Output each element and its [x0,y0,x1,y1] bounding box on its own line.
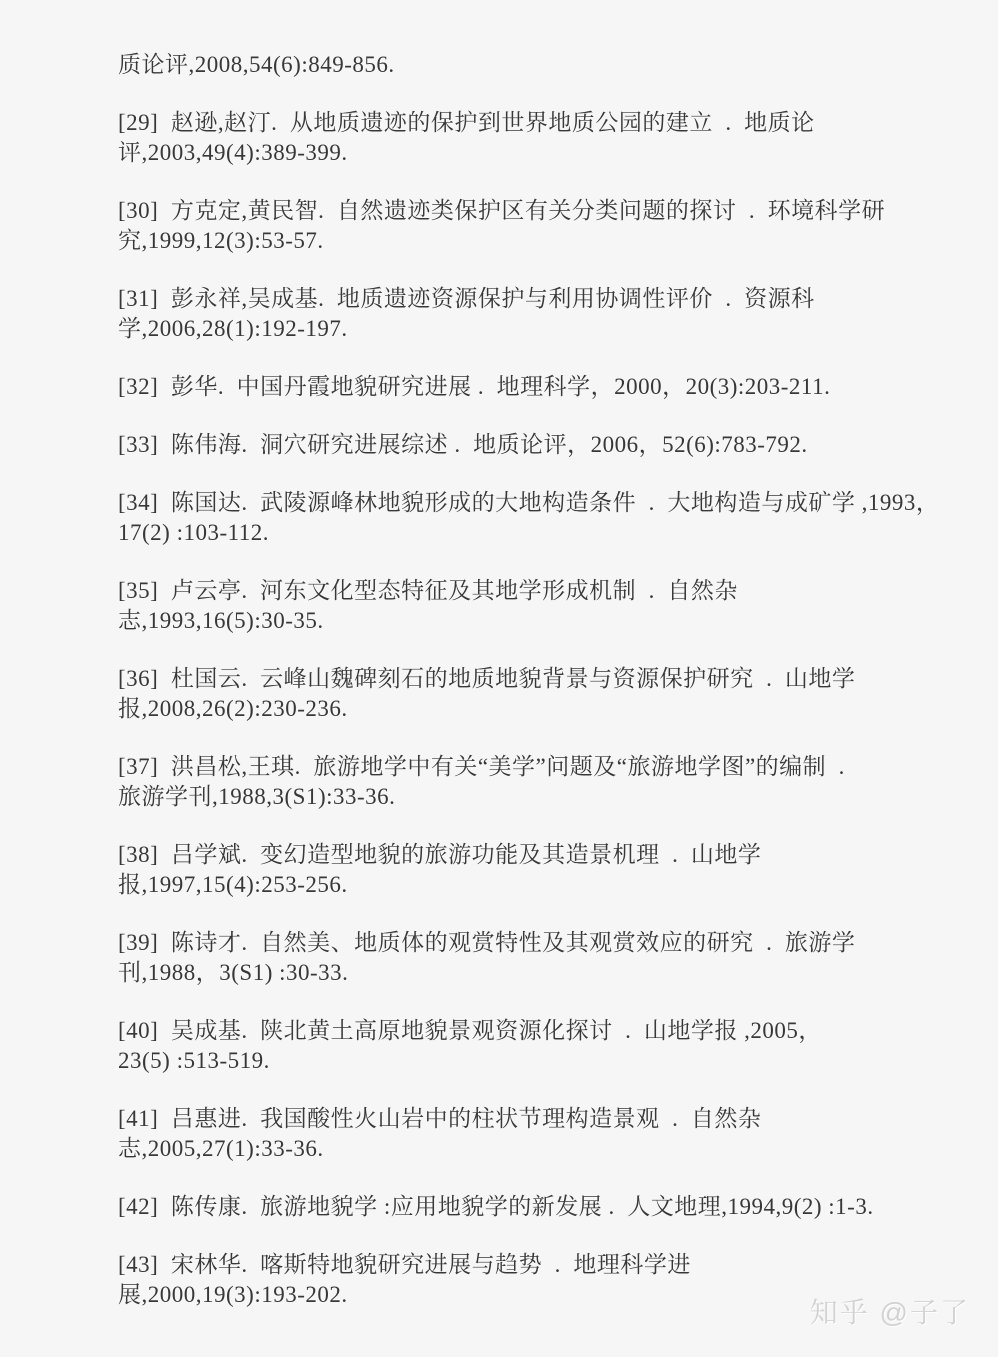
reference-item: [35] 卢云亭. 河东文化型态特征及其地学形成机制 . 自然杂志,1993,1… [118,576,968,636]
reference-line: 志,2005,27(1):33-36. [118,1134,968,1164]
reference-item: [39] 陈诗才. 自然美、地质体的观赏特性及其观赏效应的研究 . 旅游学刊,1… [118,928,968,988]
reference-line: [30] 方克定,黄民智. 自然遗迹类保护区有关分类问题的探讨 . 环境科学研 [118,196,968,226]
reference-line: 志,1993,16(5):30-35. [118,606,968,636]
reference-item: [40] 吴成基. 陕北黄土高原地貌景观资源化探讨 . 山地学报 ,2005，2… [118,1016,968,1076]
reference-line: 17(2) :103-112. [118,518,968,548]
reference-item: [37] 洪昌松,王琪. 旅游地学中有关“美学”问题及“旅游地学图”的编制 .旅… [118,752,968,812]
reference-line: 究,1999,12(3):53-57. [118,226,968,256]
reference-item: [36] 杜国云. 云峰山魏碑刻石的地质地貌背景与资源保护研究 . 山地学报,2… [118,664,968,724]
reference-line: 报,2008,26(2):230-236. [118,694,968,724]
reference-item: [34] 陈国达. 武陵源峰林地貌形成的大地构造条件 . 大地构造与成矿学 ,1… [118,488,968,548]
reference-line: [40] 吴成基. 陕北黄土高原地貌景观资源化探讨 . 山地学报 ,2005， [118,1016,968,1046]
reference-item: [38] 吕学斌. 变幻造型地貌的旅游功能及其造景机理 . 山地学报,1997,… [118,840,968,900]
reference-item: [32] 彭华. 中国丹霞地貌研究进展 . 地理科学，2000，20(3):20… [118,372,968,402]
reference-line: 学,2006,28(1):192-197. [118,314,968,344]
reference-line: 23(5) :513-519. [118,1046,968,1076]
reference-line: [36] 杜国云. 云峰山魏碑刻石的地质地貌背景与资源保护研究 . 山地学 [118,664,968,694]
reference-line: [35] 卢云亭. 河东文化型态特征及其地学形成机制 . 自然杂 [118,576,968,606]
reference-continuation: 质论评,2008,54(6):849-856. [118,50,968,80]
references-list: 质论评,2008,54(6):849-856. [29] 赵逊,赵汀. 从地质遗… [118,50,968,1338]
reference-line: [34] 陈国达. 武陵源峰林地貌形成的大地构造条件 . 大地构造与成矿学 ,1… [118,488,968,518]
reference-item: [31] 彭永祥,吴成基. 地质遗迹资源保护与利用协调性评价 . 资源科学,20… [118,284,968,344]
reference-line: 质论评,2008,54(6):849-856. [118,50,968,80]
reference-items-container: [29] 赵逊,赵汀. 从地质遗迹的保护到世界地质公园的建立 . 地质论评,20… [118,108,968,1310]
reference-line: 旅游学刊,1988,3(S1):33-36. [118,782,968,812]
reference-line: [29] 赵逊,赵汀. 从地质遗迹的保护到世界地质公园的建立 . 地质论 [118,108,968,138]
reference-line: [31] 彭永祥,吴成基. 地质遗迹资源保护与利用协调性评价 . 资源科 [118,284,968,314]
reference-line: 评,2003,49(4):389-399. [118,138,968,168]
reference-item: [42] 陈传康. 旅游地貌学 :应用地貌学的新发展 . 人文地理,1994,9… [118,1192,968,1222]
reference-line: [33] 陈伟海. 洞穴研究进展综述 . 地质论评，2006，52(6):783… [118,430,968,460]
reference-line: [38] 吕学斌. 变幻造型地貌的旅游功能及其造景机理 . 山地学 [118,840,968,870]
reference-line: [39] 陈诗才. 自然美、地质体的观赏特性及其观赏效应的研究 . 旅游学 [118,928,968,958]
watermark: 知乎 @子了 [810,1291,970,1331]
reference-item: [33] 陈伟海. 洞穴研究进展综述 . 地质论评，2006，52(6):783… [118,430,968,460]
reference-item: [30] 方克定,黄民智. 自然遗迹类保护区有关分类问题的探讨 . 环境科学研究… [118,196,968,256]
reference-line: [32] 彭华. 中国丹霞地貌研究进展 . 地理科学，2000，20(3):20… [118,372,968,402]
reference-item: [29] 赵逊,赵汀. 从地质遗迹的保护到世界地质公园的建立 . 地质论评,20… [118,108,968,168]
reference-line: 刊,1988，3(S1) :30-33. [118,958,968,988]
reference-line: [41] 吕惠进. 我国酸性火山岩中的柱状节理构造景观 . 自然杂 [118,1104,968,1134]
reference-line: [37] 洪昌松,王琪. 旅游地学中有关“美学”问题及“旅游地学图”的编制 . [118,752,968,782]
reference-item: [41] 吕惠进. 我国酸性火山岩中的柱状节理构造景观 . 自然杂志,2005,… [118,1104,968,1164]
document-page: 质论评,2008,54(6):849-856. [29] 赵逊,赵汀. 从地质遗… [0,0,998,1357]
reference-line: [43] 宋林华. 喀斯特地貌研究进展与趋势 . 地理科学进 [118,1250,968,1280]
reference-line: 报,1997,15(4):253-256. [118,870,968,900]
reference-line: [42] 陈传康. 旅游地貌学 :应用地貌学的新发展 . 人文地理,1994,9… [118,1192,968,1222]
